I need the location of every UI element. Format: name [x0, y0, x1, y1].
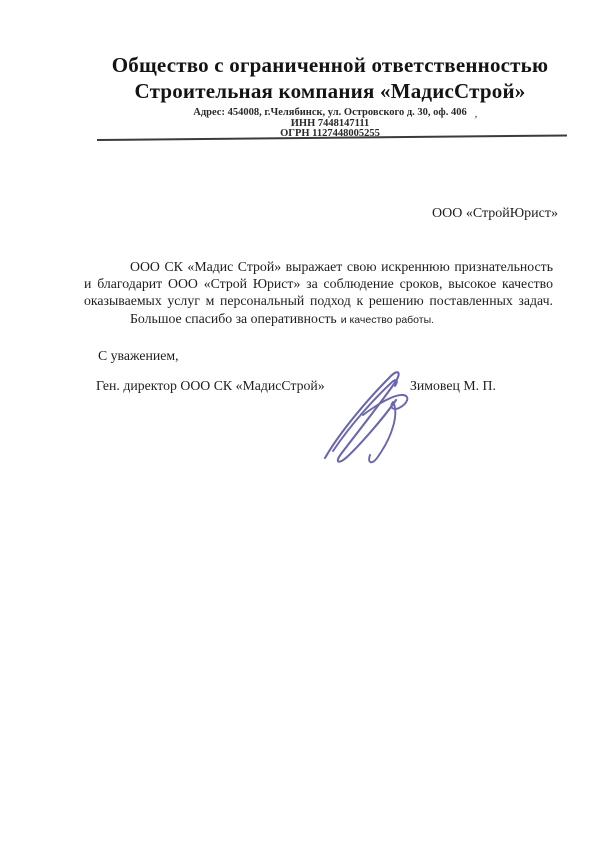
regards-line: С уважением,: [98, 348, 179, 364]
scanned-letter-page: Общество с ограниченной ответственностью…: [0, 0, 595, 841]
company-address: Адрес: 454008, г.Челябинск, ул. Островск…: [60, 108, 595, 119]
handwritten-signature: [303, 358, 448, 476]
letterhead: Общество с ограниченной ответственностью…: [60, 52, 595, 140]
body-line-4-main: Большое спасибо за оперативность: [130, 311, 337, 326]
signer-title: Ген. директор ООО СК «МадисСтрой»: [96, 378, 325, 394]
body-line-4: Большое спасибо за оперативностьи качест…: [84, 310, 553, 329]
body-line-4-small: и качество работы.: [341, 314, 434, 326]
body-line-1: ООО СК «Мадис Строй» выражает свою искре…: [84, 258, 553, 275]
recipient-line: ООО «СтройЮрист»: [432, 205, 558, 222]
body-line-2: и благодарит ООО «Строй Юрист» за соблюд…: [84, 275, 553, 292]
body-line-3: оказываемых услуг м персональный подход …: [84, 292, 553, 309]
org-type-line: Общество с ограниченной ответственностью: [60, 52, 595, 78]
company-name-line: Строительная компания «МадисСтрой»: [60, 78, 595, 104]
letter-body: ООО СК «Мадис Строй» выражает свою искре…: [84, 258, 553, 329]
